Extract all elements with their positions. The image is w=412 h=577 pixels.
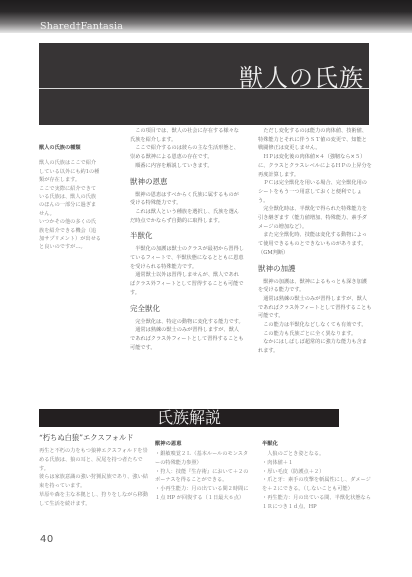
clan-paragraph: 草原や森を主な本拠とし、狩りをしながら移動して生活を続けます。 — [39, 491, 151, 509]
brand-logo: Shared†Fantasia — [40, 21, 123, 32]
clan-blessing-item: ・銀敏嗅覚２Ｌ（基本ルールのモンスターの特殊能力参照） — [155, 450, 253, 468]
clan-blessing-heading: 獣神の恩恵 — [155, 440, 253, 448]
intro-paragraph: ここで紹介するのは彼らの主な生活形態と、崇める獣神による恩恵の存在です。 — [130, 144, 244, 161]
body-column-right: ただし変化するのは能力の肉体値、技術値、特殊能力とそれに伴うＳＴ値の変更で、知能… — [258, 127, 372, 356]
section-title-clan: 氏族解説 — [39, 405, 339, 428]
body-paragraph: この能力も氏族ごとに全く異なります。 — [258, 330, 372, 339]
body-paragraph: 通常は熟練の獣士のみが習得しますが、獣人であればクラス外フィートとして習得するこ… — [130, 326, 244, 352]
intro-paragraph: 順番に内容を解説していきます。 — [130, 162, 244, 171]
sidebar-paragraph: 獣人の氏族はここで紹介している以外にも約1の種類が存在します。 — [39, 159, 101, 184]
body-paragraph: 通常獣士以外は習得しませんが、獣人であればクラス外フィートとして習得することも可… — [130, 271, 244, 297]
section-heading-half-beast: 半獣化 — [130, 230, 244, 241]
clan-blessing-item: ・狩人：技能『生存術』において＋２のボーナスを得ることができる。 — [155, 468, 253, 486]
clan-blessing: 獣神の恩恵 ・銀敏嗅覚２Ｌ（基本ルールのモンスターの特殊能力参照） ・狩人：技能… — [155, 440, 253, 503]
clan-blessing-item: ・小再生能力：月の出ている間２時間に１点 HP が回復する（１日最大６点） — [155, 485, 253, 503]
body-paragraph: 獣神の加護は、獣神によるもっとも深き加護を受ける能力です。 — [258, 278, 372, 295]
body-paragraph: また完全獣化時、技能は変化する動物によって使用できるものとできないものがあります… — [258, 231, 372, 257]
clan-half-beast-item: ・爪と牙：素手の攻撃を斬属性にし、ダメージを＋２にできる。（しないことも可能） — [262, 476, 372, 494]
body-paragraph: 通常は熟練の獣士のみが習得しますが、獣人であればクラス外フィートとして習得するこ… — [258, 295, 372, 321]
clan-half-beast-item: ・肉体値＋１ — [262, 459, 372, 468]
body-paragraph: 獣神の恩恵はすべからく氏族に属するものが受ける特殊能力です。 — [130, 191, 244, 208]
body-paragraph: 完全獣化時は、半獣化で得られた特殊能力を引き継ぎます（能力値増加、特殊能力、素手… — [258, 205, 372, 231]
body-paragraph: 半獣化の加護は獣士のクラスが最初から習得しているフィートで、半獣状態になるととも… — [130, 245, 244, 271]
body-paragraph: ただし変化するのは能力の肉体値、技術値、特殊能力とそれに伴うＳＴ値の変更で、知能… — [258, 127, 372, 153]
sidebar-paragraph: いつかその他の多くの氏族を紹介できる機会（追加サプリメント）が出せると良いのです… — [39, 218, 101, 252]
section-heading-blessing: 獣神の恩恵 — [130, 176, 244, 187]
body-paragraph: ＰＣは完全獣化を用いる場合、完全獣化用のシートをもう一つ用意しておくと便利でしょ… — [258, 179, 372, 205]
body-paragraph: これは獣人という種族を選択し、氏族を選んだ時点でかならず自動的に取得します。 — [130, 208, 244, 225]
clan-half-beast-heading: 半獣化 — [262, 440, 372, 448]
sidebar-note: 獣人の氏族の種類 獣人の氏族はここで紹介している以外にも約1の種類が存在します。… — [39, 144, 101, 252]
body-paragraph: なかにはしばしば超常的に強力な能力も含まれます。 — [258, 338, 372, 355]
section-heading-protection: 獣神の加護 — [258, 263, 372, 274]
sidebar-paragraph: ここで実際に紹介できている氏族は、獣人の氏族のほんの一部分に過ぎません。 — [39, 185, 101, 219]
body-paragraph: この能力は半獣化などしなくても有効です。 — [258, 321, 372, 330]
body-column-middle: この項目では、獣人の社会に存在する様々な氏族を紹介します。 ここで紹介するのは彼… — [130, 127, 244, 352]
clan-half-beast: 半獣化 人狼のごとき姿となる。 ・肉体値＋１ ・厚い毛皮（防護点＋２） ・爪と牙… — [262, 440, 372, 512]
clan-description: “朽ちぬ白狼”エクスフォルド 再生と不朽の力をもつ狼神エクスフォルドを崇める氏族… — [39, 432, 151, 509]
clan-half-beast-intro: 人狼のごとき姿となる。 — [262, 450, 372, 459]
section-heading-full-beast: 完全獣化 — [130, 303, 244, 314]
clan-half-beast-item: ・厚い毛皮（防護点＋２） — [262, 468, 372, 477]
intro-paragraph: この項目では、獣人の社会に存在する様々な氏族を紹介します。 — [130, 127, 244, 144]
body-paragraph: ＨＰは変化後の肉体値×４（強靭なら×５）に、クラスとクラスレベルによるＨＰの上昇… — [258, 153, 372, 179]
sidebar-heading: 獣人の氏族の種類 — [39, 144, 101, 152]
clan-paragraph: 再生と不朽の力をもつ狼神エクスフォルドを崇める氏族は、狼の耳と、尻尾を持つ者たち… — [39, 447, 151, 473]
body-paragraph: 完全獣化は、特定の動物に変化する能力です。 — [130, 318, 244, 327]
clan-paragraph: 彼らは家族意識の強い狩猟民族であり、強い結束を持っています。 — [39, 473, 151, 491]
clan-half-beast-item: ・再生能力：月の出ている間、半獣化状態なら１Ｒにつき１ｄ点、HP — [262, 494, 372, 512]
page-number: 40 — [40, 534, 54, 545]
page-title: 獣人の氏族 — [239, 58, 364, 93]
clan-name: “朽ちぬ白狼”エクスフォルド — [39, 432, 151, 443]
